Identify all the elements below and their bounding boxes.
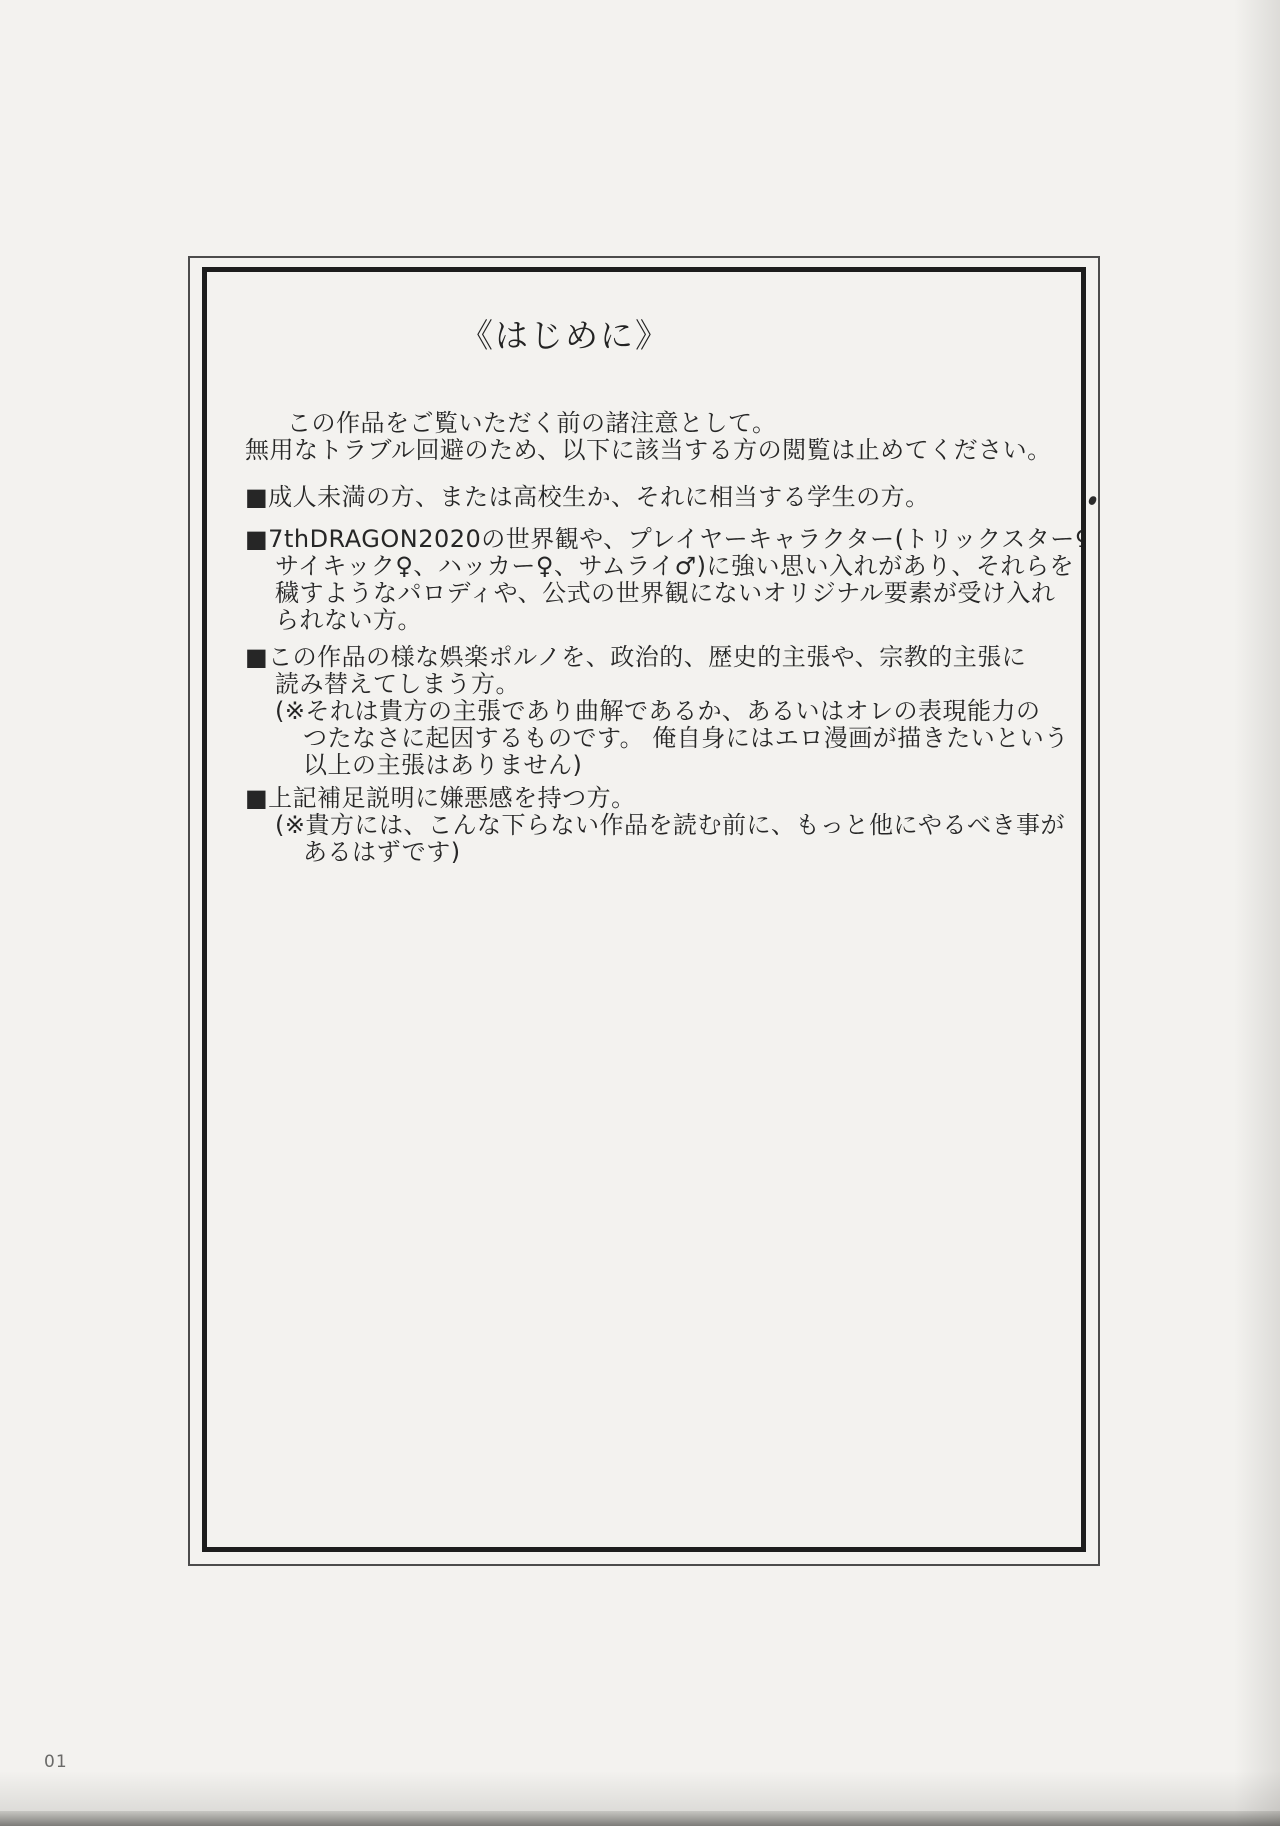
notice-body: この作品をご覧いただく前の諸注意として。 無用なトラブル回避のため、以下に該当す… (207, 410, 1081, 866)
notice-line: つたなさに起因するものです。 俺自身にはエロ漫画が描きたいという (245, 725, 1081, 752)
notice-frame-inner-rule: 《はじめに》 この作品をご覧いただく前の諸注意として。 無用なトラブル回避のため… (202, 267, 1086, 1552)
notice-line: (※それは貴方の主張であり曲解であるか、あるいはオレの表現能力の (245, 698, 1081, 725)
notice-line: あるはずです) (245, 839, 1081, 866)
page-number: 01 (44, 1752, 68, 1772)
notice-line: られない方。 (245, 607, 1081, 634)
notice-line: ■上記補足説明に嫌悪感を持つ方。 (245, 785, 1081, 812)
scan-bottom-edge (0, 1811, 1280, 1826)
intro-line: 無用なトラブル回避のため、以下に該当する方の閲覧は止めてください。 (245, 437, 1081, 464)
scan-right-shadow (1234, 0, 1280, 1826)
notice-line: 穢すようなパロディや、公式の世界観にないオリジナル要素が受け入れ (245, 580, 1081, 607)
notice-line: 以上の主張はありません) (245, 752, 1081, 779)
intro-paragraph: この作品をご覧いただく前の諸注意として。 無用なトラブル回避のため、以下に該当す… (245, 410, 1081, 464)
notice-line: サイキック♀、ハッカー♀、サムライ♂)に強い思い入れがあり、それらを (245, 553, 1081, 580)
notice-line: ■この作品の様な娯楽ポルノを、政治的、歴史的主張や、宗教的主張に (245, 644, 1081, 671)
notice-item-disgust: ■上記補足説明に嫌悪感を持つ方。 (※貴方には、こんな下らない作品を読む前に、も… (245, 785, 1081, 866)
notice-frame: 《はじめに》 この作品をご覧いただく前の諸注意として。 無用なトラブル回避のため… (188, 256, 1100, 1566)
intro-line: この作品をご覧いただく前の諸注意として。 (245, 410, 1081, 437)
notice-item-interpretation: ■この作品の様な娯楽ポルノを、政治的、歴史的主張や、宗教的主張に 読み替えてしま… (245, 644, 1081, 779)
notice-item-worldview: ■7thDRAGON2020の世界観や、プレイヤーキャラクター(トリックスター♀… (245, 526, 1081, 634)
notice-item-minors: ■成人未満の方、または高校生か、それに相当する学生の方。 (245, 484, 1081, 511)
notice-line: ■7thDRAGON2020の世界観や、プレイヤーキャラクター(トリックスター♀… (245, 526, 1081, 553)
notice-line: 読み替えてしまう方。 (245, 671, 1081, 698)
notice-content: 《はじめに》 この作品をご覧いただく前の諸注意として。 無用なトラブル回避のため… (207, 272, 1081, 1547)
notice-line: ■成人未満の方、または高校生か、それに相当する学生の方。 (245, 484, 1081, 511)
page-title: 《はじめに》 (207, 316, 1081, 356)
notice-line: (※貴方には、こんな下らない作品を読む前に、もっと他にやるべき事が (245, 812, 1081, 839)
scan-bottom-fade (0, 1771, 1280, 1811)
